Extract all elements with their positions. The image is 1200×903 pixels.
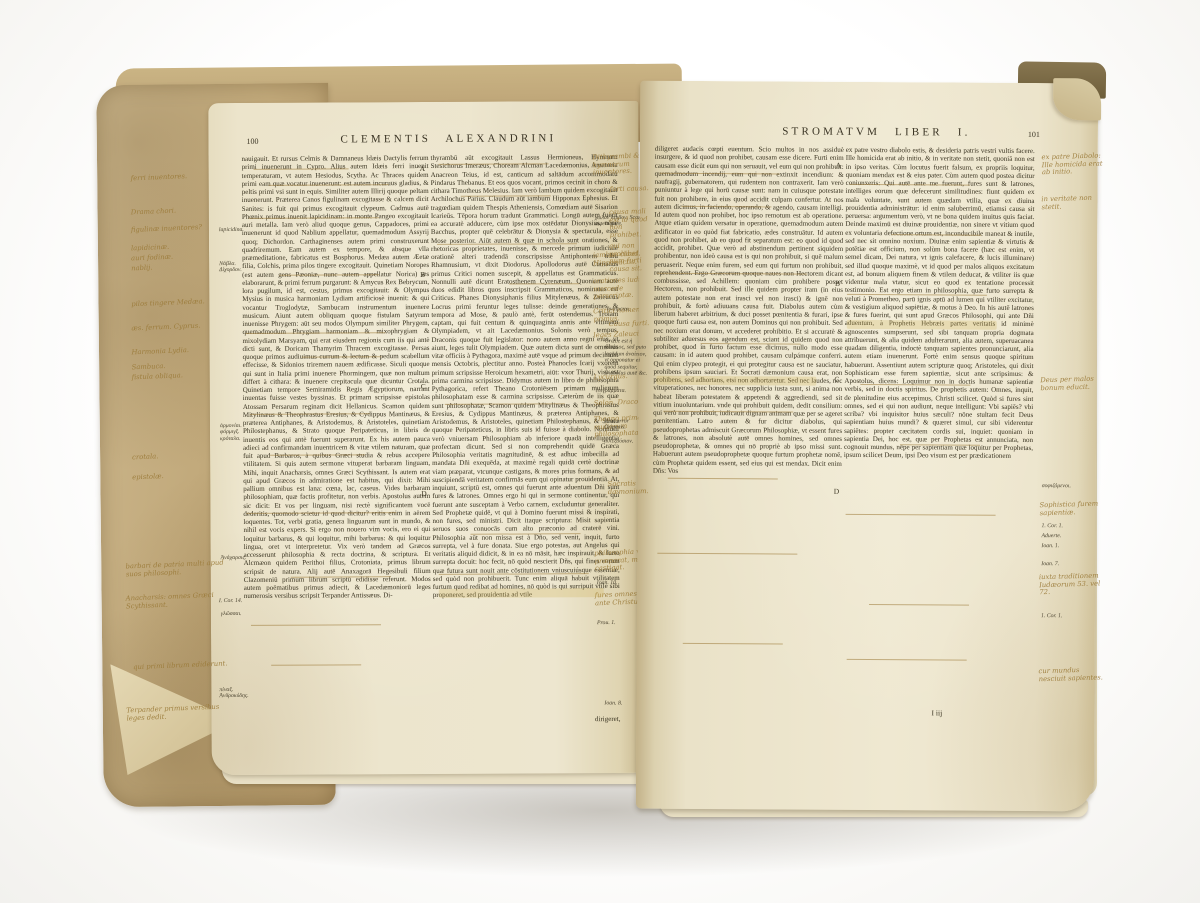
section-letter: C [834, 375, 839, 384]
running-title-left: CLEMENTIS ALEXANDRINI [288, 132, 608, 146]
printed-margin-note: Νάβλα. Δίχορδον. [219, 261, 241, 274]
handwritten-margin-note: Sophistica furem sapientiæ. [1039, 500, 1107, 517]
ink-wash-highlight [656, 376, 816, 386]
handwritten-margin-note: Causa furti. [609, 320, 653, 329]
printed-scripture-reference: Ioan. 7. [1041, 561, 1081, 568]
printed-scripture-reference: Ioan. 10. [597, 580, 637, 587]
printed-scripture-reference: Ioan. 1. [1041, 543, 1081, 550]
printed-margin-note: Ἀνάχαρσις. [221, 555, 243, 562]
ink-wash-highlight [439, 588, 604, 598]
printed-margin-note: ἀναίρεται. [607, 306, 649, 313]
open-book: 100 CLEMENTIS ALEXANDRINI nauigauit. Et … [100, 62, 1100, 812]
printed-scripture-reference: I. Cor. 14. [219, 598, 243, 605]
text-column-1-right: diligeret audacis cœpti euentum. Scio mu… [651, 145, 843, 704]
handwritten-margin-note: in veritate non stetit. [1041, 194, 1109, 211]
ink-wash-highlight [847, 320, 997, 330]
printed-margin-note: Græce est ἡ ἀναίτιος, sed puto legēdum ἀ… [604, 338, 648, 377]
printed-margin-note: πίναξ. Ἀνδροκύδης. [219, 687, 243, 700]
printed-scripture-reference: Ioan. 8. [604, 700, 644, 707]
text-column-2-right: ex patre vestro diabolo estis, & desider… [842, 146, 1034, 705]
handwritten-margin-note: ex patre Diabolo: Ille homicida erat ab … [1041, 152, 1110, 176]
section-letter: B [835, 279, 840, 288]
section-letter: C [421, 382, 426, 391]
printed-scripture-reference: Prou. 1. [597, 620, 637, 627]
printed-margin-note: Aduerte. [1041, 533, 1081, 540]
printed-margin-note: Hinc error Origenis. [604, 418, 648, 431]
printed-margin-note: γλῶσσαι. [221, 611, 243, 618]
printed-scripture-reference: 1. Cor. 1. [1041, 613, 1081, 620]
running-title-right: STROMATVM LIBER I. [710, 125, 1043, 139]
printed-margin-note: αὐτεξούσιον. [604, 438, 648, 445]
printed-margin-note: lapicidina. [219, 227, 241, 234]
catchword: dirigeret, [433, 715, 620, 724]
handwritten-margin-note: furti causa. [609, 185, 653, 194]
section-letter: B [420, 270, 425, 279]
handwritten-margin-note: Socratis dæmonium. [608, 480, 652, 496]
section-letter: A [420, 164, 425, 173]
handwritten-margin-note: Terpander primus versibus leges dedit. [126, 703, 235, 722]
handwritten-margin-note: qui non prohibet, num furti causa sit. [609, 242, 654, 273]
section-letter: D [834, 487, 839, 496]
handwritten-margin-note: barbari de patria multi apud suos philos… [125, 559, 234, 578]
signature-mark: I iij [842, 708, 1031, 718]
printed-margin-note: ἁρμονίαι. φόρμιγξ. κρόταλα. [220, 423, 242, 442]
handwritten-margin-note: cur mundus nesciuit sapientes. [1038, 666, 1106, 683]
section-letter: D [421, 489, 426, 498]
right-page: STROMATVM LIBER I. 101 diligeret audacis… [636, 81, 1098, 812]
handwritten-margin-note: Deus per malos bonum educit. [1040, 375, 1108, 392]
handwritten-margin-note: Anacharsis: omnes Græci Scythissant. [126, 591, 235, 610]
handwritten-margin-note: causa mali est id quod non prohibet. [609, 208, 654, 239]
photograph-background: 100 CLEMENTIS ALEXANDRINI nauigauit. Et … [0, 0, 1200, 903]
left-page: 100 CLEMENTIS ALEXANDRINI nauigauit. Et … [208, 101, 642, 775]
section-letter: A [836, 161, 841, 170]
page-number-left: 100 [246, 137, 258, 146]
page-number-right: 101 [1028, 130, 1040, 139]
text-column-2-left: thyrambū aūt excogitauit Lassus Hermione… [431, 153, 621, 714]
handwritten-margin-note: iuxta traditionem Iudæorum 53. vel 72. [1039, 572, 1108, 596]
printed-scripture-reference: 1. Cor. 1. [1041, 523, 1081, 530]
text-column-1-left: nauigauit. Et rursus Celmis & Damnaneus … [242, 154, 432, 715]
printed-margin-note: σοφιζόμενοι. [1042, 483, 1090, 490]
